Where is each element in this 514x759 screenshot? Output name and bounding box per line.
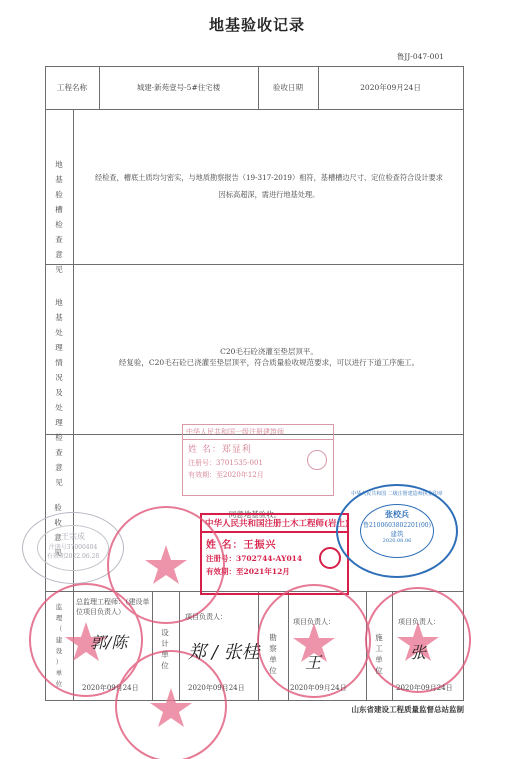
label-line: 勘 [268, 632, 278, 643]
label-line: 地基 [52, 295, 66, 325]
project-name-label: 工程名称 [45, 66, 99, 109]
stamp-reg-no: 注册号：3702744-AY014 [202, 552, 347, 565]
text-line: 经检查，槽底土质均匀密实，与地质勘察报告（19-317-2019）相符，基槽槽边… [74, 169, 464, 186]
label-line: 验收 [51, 500, 65, 530]
signature-date-survey: 2020年09月24日 [290, 683, 347, 693]
label-line: 位 [54, 679, 64, 690]
stamp-name: 姓 名：郑显利 [183, 440, 333, 457]
label-line: 察 [268, 643, 278, 654]
signature-date-design: 2020年09月24日 [188, 683, 245, 693]
label-line: 检查 [52, 217, 66, 247]
project-name-value: 城建·新苑壹号-5#住宅楼 [99, 66, 258, 109]
signature-unit-supervisor-label: 监 理 （ 建 设 ） 单 位 [54, 602, 64, 690]
stamp-name: 张校兵 [338, 509, 456, 520]
signature-unit-design-label: 设 计 单 位 [160, 627, 170, 671]
stamp-date: 2020.08.06 [338, 538, 456, 544]
stamp-valid: 有效期：至2021年12月 [202, 565, 347, 578]
label-line: 计 [160, 638, 170, 649]
section-foundation-treatment-label: 地基 处理 情况 及 处理 检查 意见 [52, 295, 66, 490]
signature-role-design: 项目负责人： [185, 612, 227, 622]
label-line: 单 [268, 654, 278, 665]
label-line: ） [54, 657, 64, 668]
label-line: 单 [54, 668, 64, 679]
label-line: 设 [160, 627, 170, 638]
stamp-top: 中华人民共和国 二级注册建造师执业印章 [338, 490, 456, 497]
stamp-reg-no: 鲁2100603802201(00) [338, 520, 456, 529]
label-line: 情况 [52, 355, 66, 385]
stamp-header: 中华人民共和国一级注册建筑师 [183, 425, 333, 440]
acceptance-date-value: 2020年09月24日 [318, 66, 463, 109]
footer-issuer: 山东省建设工程质量监督总站监制 [352, 704, 465, 715]
signature-survey: 王 [305, 650, 321, 673]
text-line: 经复验，C20毛石砼已浇灌至垫层顶平，符合质量验收规范要求，可以进行下道工序施工… [74, 357, 464, 368]
signature-date-supervisor: 2020年09月24日 [82, 683, 139, 693]
label-line: 地基 [52, 157, 66, 187]
signature-role-construction: 项目负责人： [398, 617, 440, 627]
label-line: 验槽 [52, 187, 66, 217]
label-line: 位 [160, 660, 170, 671]
constructor-stamp: 中华人民共和国 二级注册建造师执业印章 张校兵 鲁2100603802201(0… [336, 484, 458, 578]
text-line: 同意地基验收。 [190, 506, 320, 523]
label-line: 施 [374, 632, 384, 643]
signature-role-supervisor: 总监理工程师：（建设单位项目负责人） [76, 597, 150, 617]
label-line: 单 [374, 654, 384, 665]
label-line: 处理 [52, 325, 66, 355]
label-line: 理 [54, 613, 64, 624]
signature-supervisor: 郭/陈 [90, 630, 127, 653]
section-foundation-trench-text: 经检查，槽底土质均匀密实，与地质勘察报告（19-317-2019）相符，基槽槽边… [74, 169, 464, 203]
signature-role-survey: 项目负责人： [293, 617, 335, 627]
page-title: 地基验收记录 [0, 14, 514, 35]
label-line: 检查 [52, 430, 66, 460]
label-line: （ [54, 624, 64, 635]
section-acceptance-text: 同意地基验收。 [190, 506, 320, 523]
section-foundation-trench-label: 地基 验槽 检查 意见 [52, 157, 66, 277]
label-line: 位 [268, 665, 278, 676]
text-line: C20毛石砼浇灌至垫层顶平。 [74, 346, 464, 357]
stamp-name: 姓 名：王振兴 [202, 533, 347, 552]
signature-date-construction: 2020年09月24日 [396, 683, 453, 693]
seal-icon [319, 547, 341, 569]
signature-unit-construction-label: 施 工 单 位 [374, 632, 384, 676]
section-acceptance-label: 验收 意见 [51, 500, 65, 560]
label-line: 及 [52, 385, 66, 400]
label-line: 位 [374, 665, 384, 676]
signature-construction: 张 [410, 640, 426, 663]
acceptance-date-label: 验收日期 [258, 66, 318, 109]
section-foundation-treatment-text: C20毛石砼浇灌至垫层顶平。 经复验，C20毛石砼已浇灌至垫层顶平，符合质量验收… [74, 346, 464, 368]
label-line: 设 [54, 646, 64, 657]
stamp-valid: 有效期：至2020年12月 [183, 469, 333, 481]
stamp-reg-no: 注册号：3701535-001 [183, 457, 333, 469]
label-line: 处理 [52, 400, 66, 430]
signature-unit-survey-label: 勘 察 单 位 [268, 632, 278, 676]
label-line: 单 [160, 649, 170, 660]
civil-engineer-stamp: 中华人民共和国注册土木工程师(岩土) 姓 名：王振兴 注册号：3702744-A… [200, 513, 349, 595]
signature-design: 郑 / 张桂 [188, 638, 260, 664]
seal-icon [307, 450, 327, 470]
label-line: 意见 [51, 530, 65, 560]
label-line: 建 [54, 635, 64, 646]
label-line: 意见 [52, 460, 66, 490]
text-line: 因标高超深，需进行地基处理。 [74, 186, 464, 203]
form-code: 鲁JJ-047-001 [397, 51, 444, 62]
label-line: 意见 [52, 247, 66, 277]
stamp-field: 建筑 [338, 529, 456, 538]
label-line: 工 [374, 643, 384, 654]
label-line: 监 [54, 602, 64, 613]
